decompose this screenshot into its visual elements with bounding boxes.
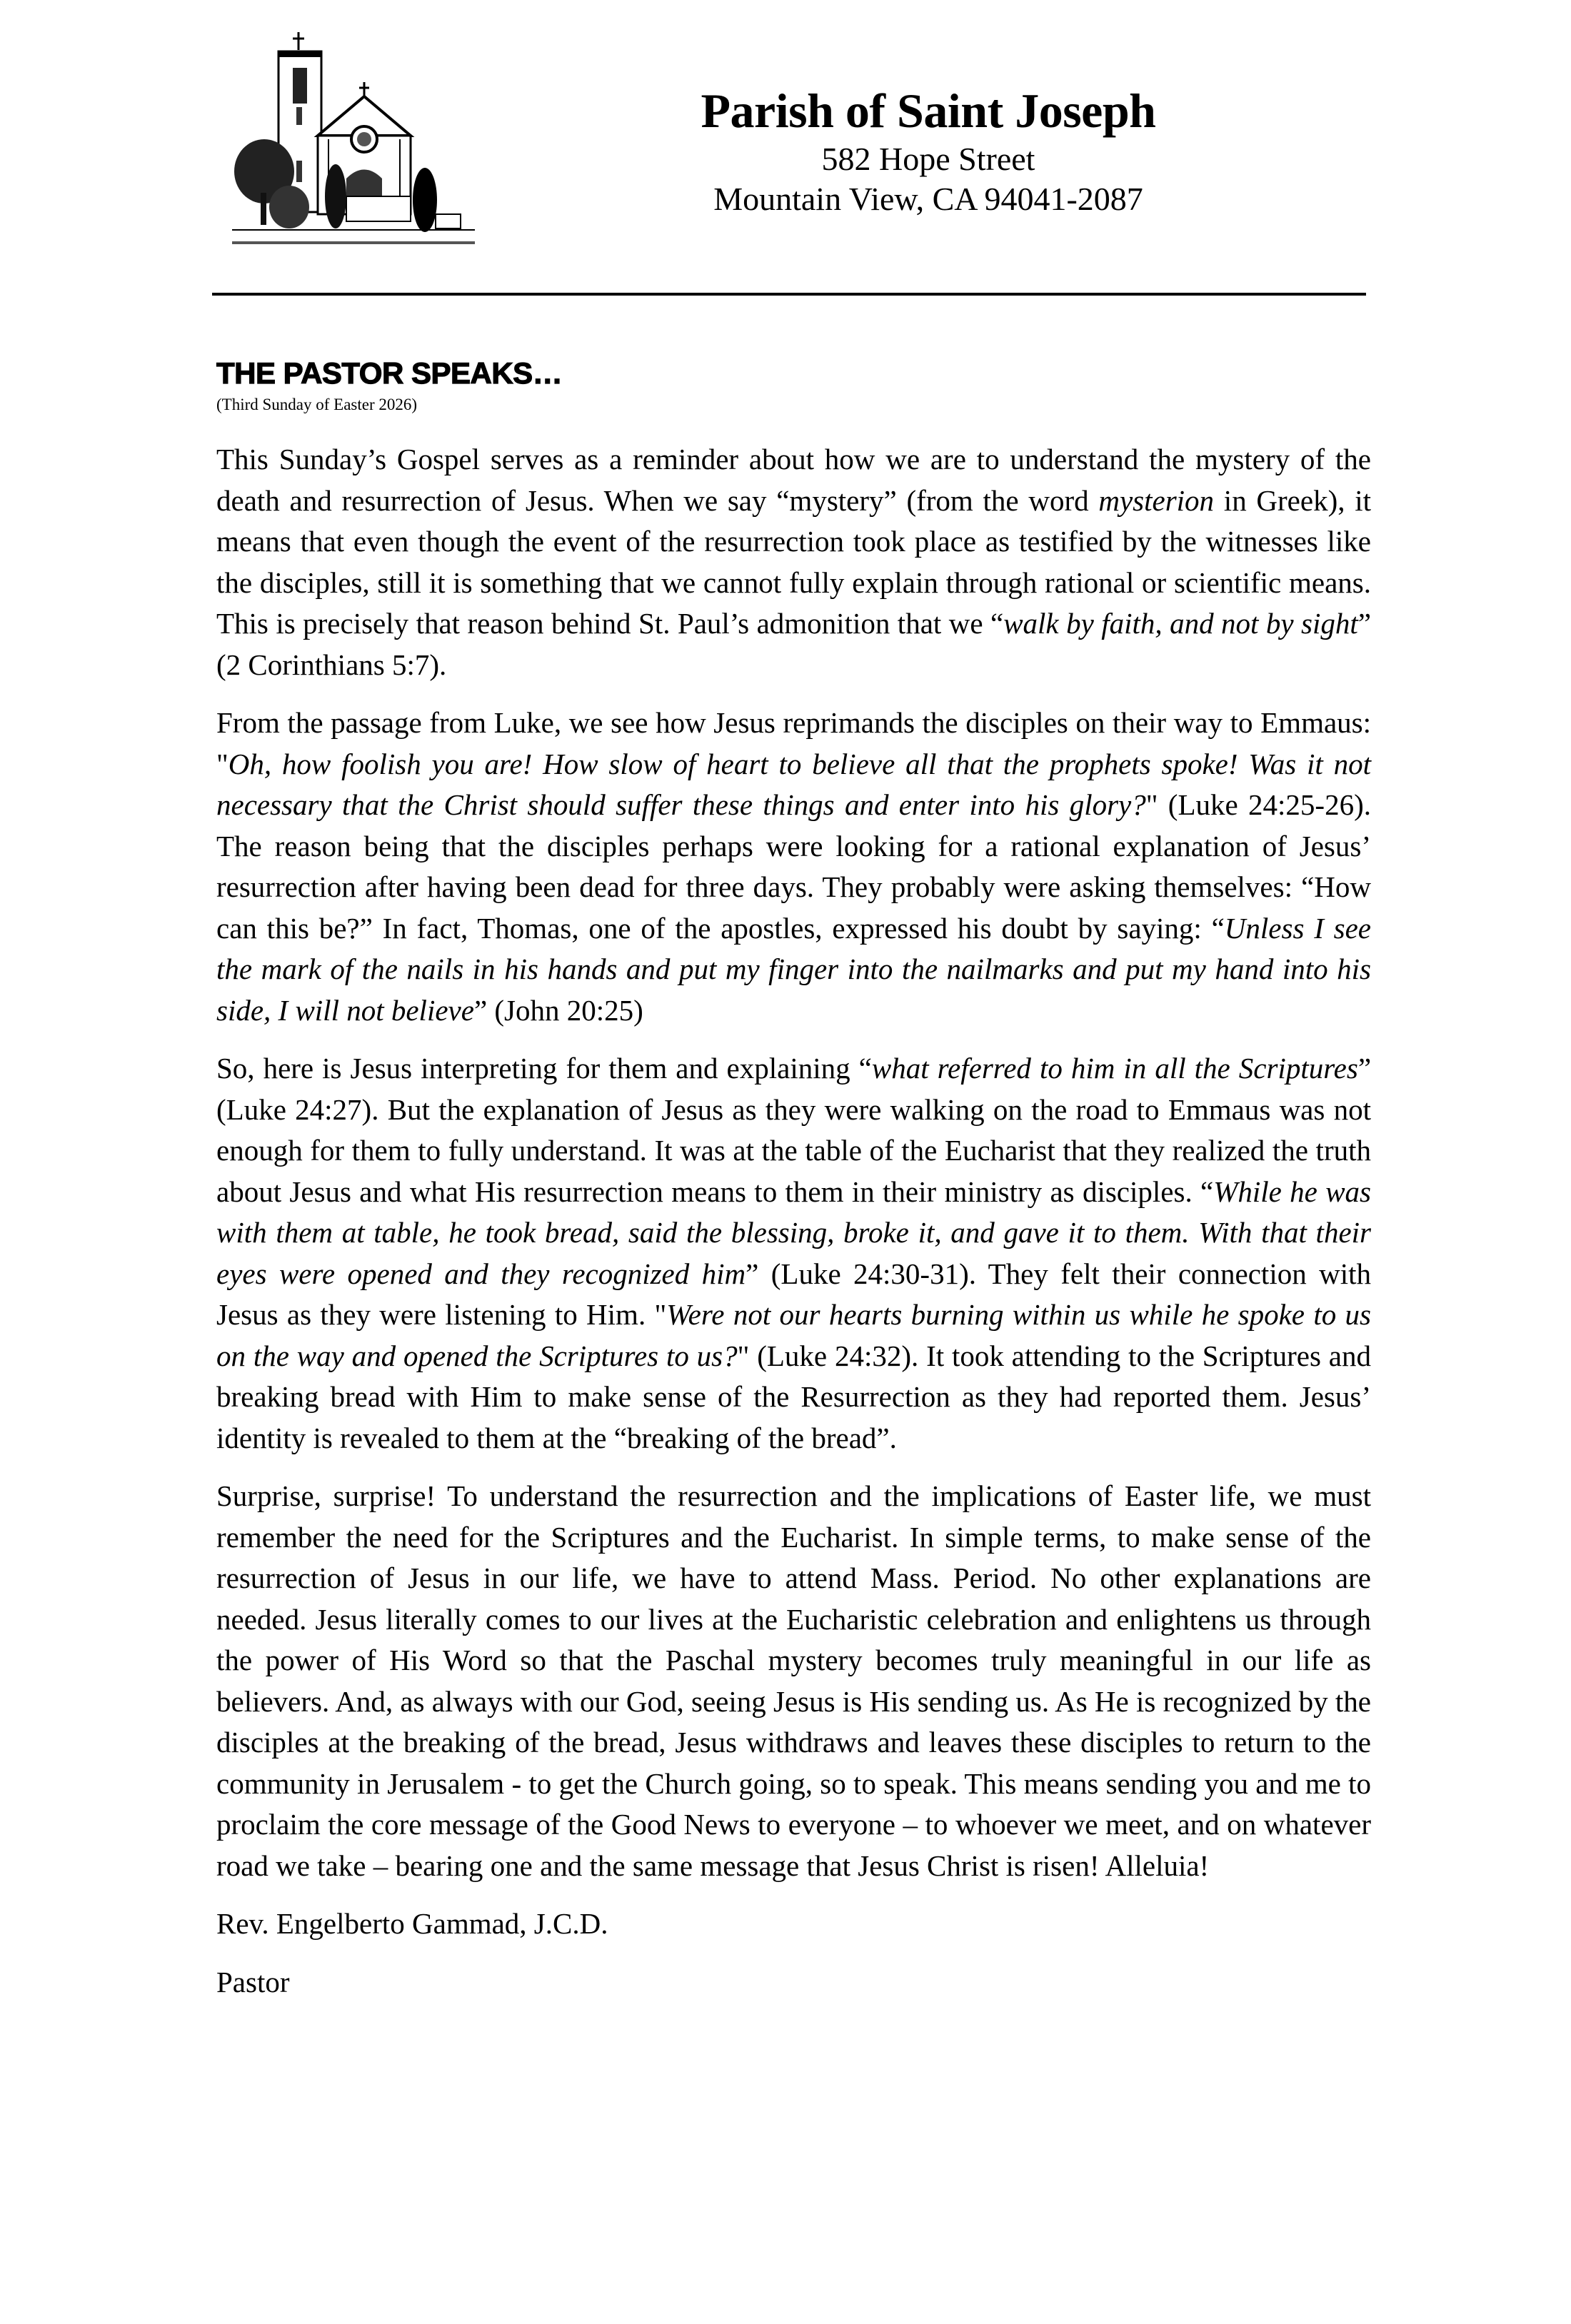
article-body: This Sunday’s Gospel serves as a reminde… — [216, 439, 1371, 2020]
masthead: Parish of Saint Joseph 582 Hope Street M… — [500, 82, 1357, 219]
parish-name: Parish of Saint Joseph — [500, 82, 1357, 139]
section-subtitle: (Third Sunday of Easter 2026) — [216, 395, 417, 415]
section-heading: THE PASTOR SPEAKS… — [216, 356, 562, 391]
city-state-zip: Mountain View, CA 94041-2087 — [500, 179, 1357, 219]
header-divider — [212, 293, 1366, 296]
paragraph: Surprise, surprise! To understand the re… — [216, 1476, 1371, 1886]
paragraph: This Sunday’s Gospel serves as a reminde… — [216, 439, 1371, 685]
church-logo-icon — [229, 29, 478, 250]
bulletin-page: Parish of Saint Joseph 582 Hope Street M… — [0, 0, 1571, 2324]
paragraph: So, here is Jesus interpreting for them … — [216, 1048, 1371, 1459]
paragraph: From the passage from Luke, we see how J… — [216, 703, 1371, 1031]
signature-name: Rev. Engelberto Gammad, J.C.D. — [216, 1903, 1371, 1945]
street-address: 582 Hope Street — [500, 139, 1357, 179]
signature-block: Rev. Engelberto Gammad, J.C.D. Pastor — [216, 1903, 1371, 2003]
signature-role: Pastor — [216, 1962, 1371, 2003]
